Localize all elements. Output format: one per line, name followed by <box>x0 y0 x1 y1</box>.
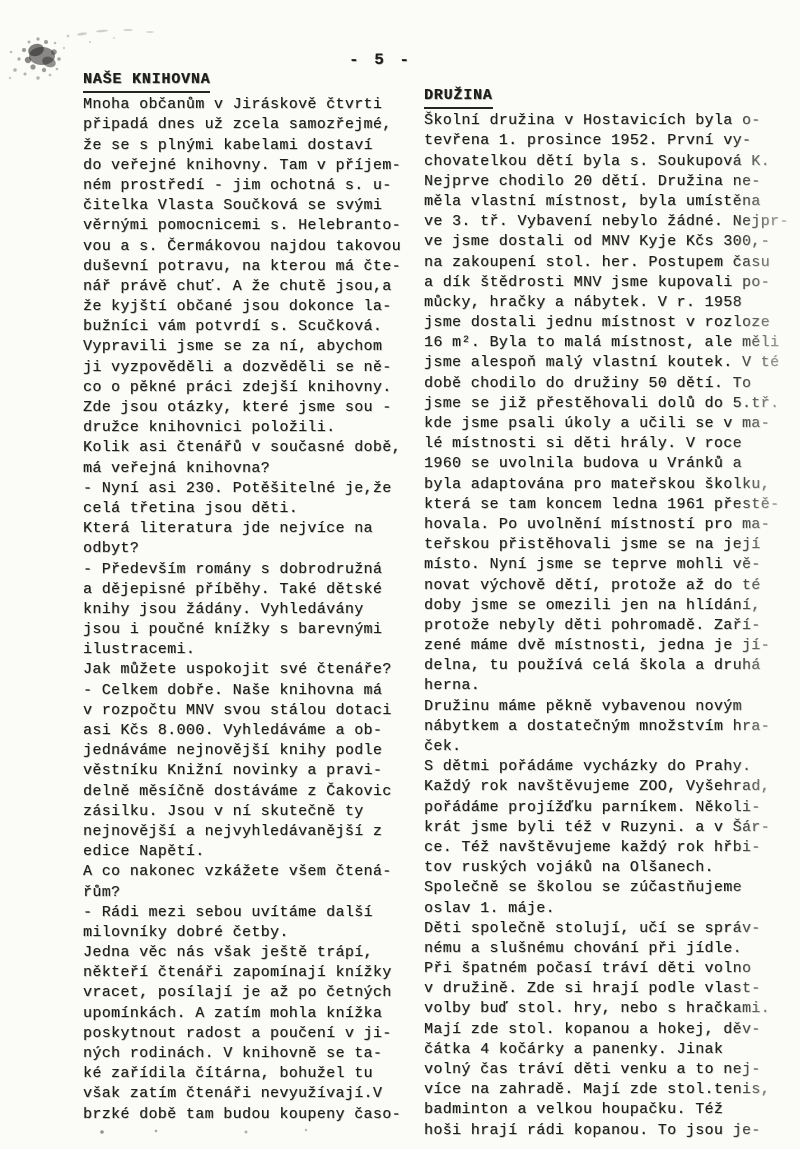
text-line: - Rádi mezi sebou uvítáme další <box>83 903 417 923</box>
article-body-right: Školní družina v Hostavicích byla o-tevř… <box>424 111 800 1141</box>
text-line: celá třetina jsou děti. <box>83 499 417 519</box>
text-line: odbyt? <box>83 539 417 559</box>
text-line: herna. <box>424 676 800 696</box>
text-line: čitelka Vlasta Součková se svými <box>83 196 417 216</box>
text-line: Jedna věc nás však ještě trápí, <box>83 943 417 963</box>
text-line: jsme dostali jednu místnost v rozloze <box>424 313 800 333</box>
text-line: místo. Nyní jsme se teprve mohli vě- <box>424 555 800 575</box>
text-line: Mají zde stol. kopanou a hokej, děv- <box>424 1020 800 1040</box>
text-line: 16 m². Byla to malá místnost, ale měli <box>424 333 800 353</box>
text-line: Při špatném počasí tráví děti volno <box>424 959 800 979</box>
text-line: Školní družina v Hostavicích byla o- <box>424 111 800 131</box>
text-line: Jak můžete uspokojit své čtenáře? <box>83 660 417 680</box>
text-line: ném prostředí - jim ochotná s. u- <box>83 176 417 196</box>
text-line: řům? <box>83 883 417 903</box>
text-line: která se tam koncem ledna 1961 přestě- <box>424 495 800 515</box>
text-line: jednáváme nejnovější knihy podle <box>83 741 417 761</box>
text-line: ké zařídila čítárna, bohužel tu <box>83 1064 417 1084</box>
text-line: delna, tu používá celá škola a druhá <box>424 656 800 676</box>
text-line: nejnovější a nejvyhledávanější z <box>83 822 417 842</box>
text-line: Mnoha občanům v Jiráskově čtvrti <box>83 95 417 115</box>
text-line: poskytnout radost a poučení v ji- <box>83 1024 417 1044</box>
text-line: Zde jsou otázky, které jsme sou - <box>83 398 417 418</box>
text-line: více na zahradě. Mají zde stol.tenis, <box>424 1080 800 1100</box>
text-line: ce. Též navštěvujeme každý rok hřbi- <box>424 838 800 858</box>
text-line: doby jsme se omezili jen na hlídání, <box>424 596 800 616</box>
text-line: chovatelkou dětí byla s. Soukupová K. <box>424 152 800 172</box>
text-line: připadá dnes už zcela samozřejmé, <box>83 115 417 135</box>
text-line: ve 3. tř. Vybavení nebylo žádné. Nejpr- <box>424 212 800 232</box>
text-line: 1960 se uvolnila budova u Vránků a <box>424 454 800 474</box>
text-line: Družinu máme pěkně vybavenou novým <box>424 697 800 717</box>
text-line: brzké době tam budou koupeny časo- <box>83 1105 417 1125</box>
text-line: badminton a velkou houpačku. Též <box>424 1100 800 1120</box>
text-line: kde jsme psali úkoly a učili se v ma- <box>424 414 800 434</box>
text-line: Každý rok navštěvujeme ZOO, Vyšehrad, <box>424 777 800 797</box>
text-line: Kolik asi čtenářů v současné době, <box>83 438 417 458</box>
text-line: na zakoupení stol. her. Postupem času <box>424 253 800 273</box>
text-line: - Celkem dobře. Naše knihovna má <box>83 681 417 701</box>
text-line: ček. <box>424 737 800 757</box>
text-line: vou a s. Čermákovou najdou takovou <box>83 237 417 257</box>
text-line: bužníci vám potvrdí s. Scučková. <box>83 317 417 337</box>
text-line: volný čas tráví děti venku a to nej- <box>424 1060 800 1080</box>
text-line: nábytkem a dostatečným množstvím hra- <box>424 717 800 737</box>
text-line: pořádáme projížďku parníkem. Několi- <box>424 798 800 818</box>
text-line: však zatím čtenáři nevyužívají.V <box>83 1084 417 1104</box>
text-line: Nejprve chodilo 20 dětí. Družina ne- <box>424 172 800 192</box>
text-line: družce knihovnici položili. <box>83 418 417 438</box>
text-line: ji vyzpověděli a dozvěděli se ně- <box>83 358 417 378</box>
text-line: že se s plnými kabelami dostaví <box>83 136 417 156</box>
text-line: nář právě chuť. A že chutě jsou,a <box>83 277 417 297</box>
text-line: Vypravili jsme se za ní, abychom <box>83 337 417 357</box>
text-line: jsou i poučné knížky s barevnými <box>83 620 417 640</box>
text-line: - Nyní asi 230. Potěšitelné je,že <box>83 479 417 499</box>
scan-noise-specks <box>96 1128 336 1136</box>
text-line: tevřena 1. prosince 1952. První vy- <box>424 131 800 151</box>
text-line: novat výchově dětí, protože až do té <box>424 576 800 596</box>
text-line: milovníky dobré četby. <box>83 923 417 943</box>
text-line: ve jsme dostali od MNV Kyje Kčs 300,- <box>424 232 800 252</box>
text-line: delně měsíčně dostáváme z Čakovic <box>83 782 417 802</box>
text-line: vracet, posílají je až po četných <box>83 983 417 1003</box>
text-line: asi Kčs 8.000. Vyhledáváme a ob- <box>83 721 417 741</box>
text-line: protože nebyly děti pohromadě. Zaří- <box>424 616 800 636</box>
text-line: co o pěkné práci zdejší knihovny. <box>83 378 417 398</box>
text-line: Která literatura jde nejvíce na <box>83 519 417 539</box>
text-line: a dík štědrosti MNV jsme kupovali po- <box>424 273 800 293</box>
text-line: knihy jsou žádány. Vyhledávány <box>83 600 417 620</box>
scanned-page: - 5 - NAŠE KNIHOVNA Mnoha občanům v Jirá… <box>0 0 800 1149</box>
article-title-druzina: DRUŽINA <box>424 86 493 109</box>
text-line: hoši hrají rádi kopanou. To jsou je- <box>424 1121 800 1141</box>
article-nase-knihovna: NAŠE KNIHOVNA Mnoha občanům v Jiráskově … <box>83 70 417 1125</box>
text-line: době chodilo do družiny 50 dětí. To <box>424 374 800 394</box>
article-title-nase-knihovna: NAŠE KNIHOVNA <box>83 70 210 93</box>
text-line: ilustracemi. <box>83 640 417 660</box>
text-line: upomínkách. A zatím mohla knížka <box>83 1004 417 1024</box>
article-body-left: Mnoha občanům v Jiráskově čtvrtipřipadá … <box>83 95 417 1125</box>
text-line: čátka 4 kočárky a panenky. Jinak <box>424 1040 800 1060</box>
text-line: S dětmi pořádáme vycházky do Prahy. <box>424 757 800 777</box>
text-line: zásilku. Jsou v ní skutečně ty <box>83 802 417 822</box>
article-druzina: DRUŽINA Školní družina v Hostavicích byl… <box>424 86 800 1141</box>
page-number: - 5 - <box>349 50 412 70</box>
text-line: někteří čtenáři zapomínají knížky <box>83 963 417 983</box>
text-line: do veřejné knihovny. Tam v příjem- <box>83 156 417 176</box>
text-line: věrnými pomocnicemi s. Helebranto- <box>83 216 417 236</box>
text-line: můcky, hračky a nábytek. V r. 1958 <box>424 293 800 313</box>
text-line: ných rodinách. V knihovně se ta- <box>83 1044 417 1064</box>
text-line: měla vlastní místnost, byla umístěna <box>424 192 800 212</box>
text-line: hovala. Po uvolnění místností pro ma- <box>424 515 800 535</box>
text-line: Děti společně stolují, učí se správ- <box>424 919 800 939</box>
text-line: krát jsme byli též v Ruzyni. a v Šár- <box>424 818 800 838</box>
text-line: teřskou přistěhovali jsme se na její <box>424 535 800 555</box>
text-line: oslav 1. máje. <box>424 899 800 919</box>
text-line: v družině. Zde si hrají podle vlast- <box>424 979 800 999</box>
text-line: a dějepisné příběhy. Také dětské <box>83 580 417 600</box>
text-line: v rozpočtu MNV svou stálou dotaci <box>83 701 417 721</box>
text-line: tov ruských vojáků na Olšanech. <box>424 858 800 878</box>
text-line: nému a slušnému chování při jídle. <box>424 939 800 959</box>
text-line: edice Napětí. <box>83 842 417 862</box>
text-line: - Především romány s dobrodružná <box>83 560 417 580</box>
text-line: jsme alespoň malý vlastní koutek. V té <box>424 353 800 373</box>
text-line: že kyjští občané jsou dokonce la- <box>83 297 417 317</box>
text-line: A co nakonec vzkážete všem čtená- <box>83 862 417 882</box>
text-line: Společně se školou se zúčastňujeme <box>424 878 800 898</box>
text-line: zené máme dvě místnosti, jedna je jí- <box>424 636 800 656</box>
text-line: věstníku Knižní novinky a pravi- <box>83 761 417 781</box>
text-line: lé místnosti si děti hrály. V roce <box>424 434 800 454</box>
text-line: duševní potravu, na kterou má čte- <box>83 257 417 277</box>
text-line: byla adaptována pro mateřskou školku, <box>424 475 800 495</box>
text-line: jsme se již přestěhovali dolů do 5.tř. <box>424 394 800 414</box>
text-line: má veřejná knihovna? <box>83 459 417 479</box>
text-line: volby buď stol. hry, nebo s hračkami. <box>424 999 800 1019</box>
